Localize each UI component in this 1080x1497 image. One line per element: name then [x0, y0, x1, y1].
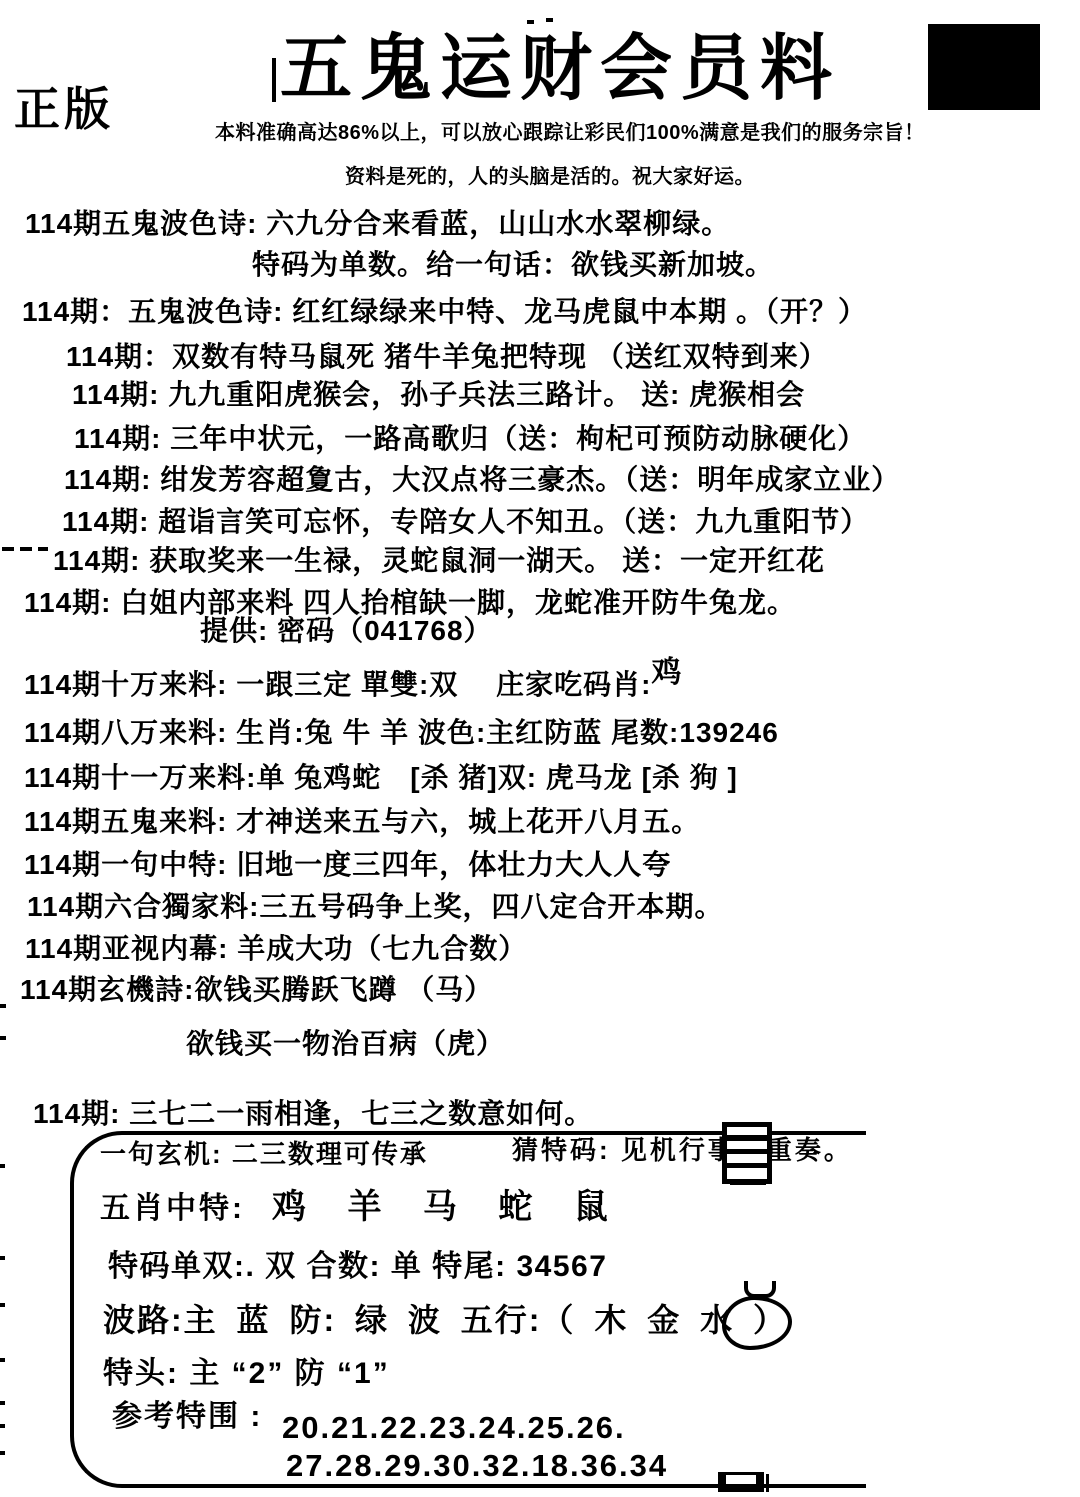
- motto-line: 资料是死的，人的头脑是活的。祝大家好运。: [345, 166, 755, 189]
- mystery-phrase: 一句玄机: 二三数理可传承: [100, 1140, 428, 1170]
- guess-special-code: 猜特码: 见机行事三重奏。: [512, 1136, 853, 1166]
- edition-label: 正版: [14, 84, 114, 137]
- scan-dash-artifact: [20, 547, 32, 551]
- tip-yijuzhongte: 114期一句中特: 旧地一度三四年，体壮力大人人夸: [24, 849, 671, 881]
- tip-xuanji-poem-2: 欲钱买一物治百病（虎）: [186, 1028, 505, 1060]
- reference-numbers-line-2: 27.28.29.30.32.18.36.34: [286, 1448, 668, 1484]
- wave-path-line: 波路:主 蓝 防: 绿 波 五行:（ 木 金 水 ）: [103, 1302, 787, 1339]
- tip-wugui: 114期五鬼来料: 才神送来五与六，城上花开八月五。: [24, 806, 700, 838]
- tip-zhuangyuan: 114期: 三年中状元，一路高歌归（送：枸杞可预防动脉硬化）: [74, 423, 866, 455]
- scan-tick-artifact: [0, 1164, 5, 1168]
- scan-tick-artifact: [0, 1451, 5, 1455]
- tip-yashi: 114期亚视内幕: 羊成大功（七九合数）: [25, 933, 527, 965]
- scan-tick-artifact: [0, 1303, 5, 1307]
- tip-bawan: 114期八万来料: 生肖:兔 牛 羊 波色:主红防蓝 尾数:139246: [24, 717, 779, 749]
- sheet-overlay-artifact: [718, 1472, 764, 1492]
- banker-zodiac: 鸡: [652, 656, 683, 689]
- tip-shiyiwan: 114期十一万来料:单 兔鸡蛇 [杀 猪]双: 虎马龙 [杀 狗 ]: [24, 762, 738, 794]
- scan-tick-artifact: [0, 1036, 6, 1040]
- tip-xuanji-poem-1: 114期玄機詩:欲钱买腾跃飞蹲 （马）: [20, 974, 493, 1006]
- page-title: 五鬼运财会员料: [280, 28, 840, 111]
- tip-bose-poem-2: 特码为单数。给一句话：欲钱买新加坡。: [252, 249, 774, 281]
- sheet-overlay-inner: [726, 1475, 756, 1484]
- tip-liuhe: 114期六合獨家料:三五号码争上奖，四八定合开本期。: [27, 891, 724, 923]
- tip-shuangshu: 114期：双数有特马鼠死 猪牛羊兔把特现 （送红双特到来）: [66, 341, 828, 373]
- tip-bose-poem-3: 114期：五鬼波色诗: 红红绿绿来中特、龙马虎鼠中本期 。（开？）: [22, 296, 867, 328]
- scan-tick-artifact: [0, 1358, 5, 1362]
- scan-dash-artifact: [730, 1181, 766, 1185]
- scan-dot-artifact: [546, 18, 553, 22]
- tip-chaoyi: 114期: 超诣言笑可忘怀，专陪女人不知丑。（送：九九重阳节）: [62, 506, 869, 538]
- tip-ganfa: 114期: 绀发芳容超夐古，大汉点将三豪杰。（送：明年成家立业）: [64, 464, 900, 496]
- five-xiao-label: 五肖中特:: [100, 1192, 245, 1227]
- five-xiao-values: 鸡 羊 马 蛇 鼠: [272, 1188, 611, 1227]
- tip-shiwan: 114期十万来料: 一跟三定 單雙:双 庄家吃码肖:鸡: [24, 668, 683, 703]
- scan-dash-artifact: [38, 547, 48, 551]
- tip-final-poem: 114期: 三七二一雨相逢，七三之数意如何。: [33, 1098, 593, 1130]
- tip-bose-poem-1: 114期五鬼波色诗: 六九分合来看蓝，山山水水翠柳绿。: [25, 208, 730, 240]
- scan-dot-artifact: [527, 20, 534, 24]
- scan-tick-artifact: [0, 1004, 6, 1008]
- scan-bar-artifact: [272, 58, 276, 102]
- tip-chongyang: 114期: 九九重阳虎猴会，孙子兵法三路计。 送: 虎猴相会: [72, 379, 805, 411]
- special-head-line: 特头: 主 “2” 防 “1”: [103, 1357, 390, 1392]
- reference-range-label: 参考特围 :: [112, 1400, 262, 1435]
- tip-shiwan-text: 114期十万来料: 一跟三定 單雙:双 庄家吃码肖:: [24, 669, 652, 700]
- scan-dash-artifact: [2, 547, 14, 551]
- tip-huoqu: 114期: 获取奖来一生禄，灵蛇鼠洞一湖天。 送：一定开红花: [53, 545, 825, 577]
- tip-password: 提供: 密码（041768）: [200, 615, 493, 647]
- scan-tick-artifact: [766, 1474, 769, 1492]
- odd-even-line: 特码单双:. 双 合数: 单 特尾: 34567: [108, 1250, 607, 1285]
- scan-tick-artifact: [0, 1256, 5, 1260]
- tip-sheet-page: 正版 五鬼运财会员料 本料准确高达86%以上，可以放心跟踪让彩民们100%满意是…: [0, 0, 1080, 1497]
- reference-numbers-line-1: 20.21.22.23.24.25.26.: [282, 1410, 626, 1446]
- document-overlay-artifact: [722, 1122, 772, 1184]
- accuracy-note: 本料准确高达86%以上，可以放心跟踪让彩民们100%满意是我们的服务宗旨！: [215, 122, 925, 145]
- black-redaction-box: [928, 24, 1040, 110]
- scan-tick-artifact: [0, 1401, 5, 1405]
- scan-tick-artifact: [0, 1424, 5, 1428]
